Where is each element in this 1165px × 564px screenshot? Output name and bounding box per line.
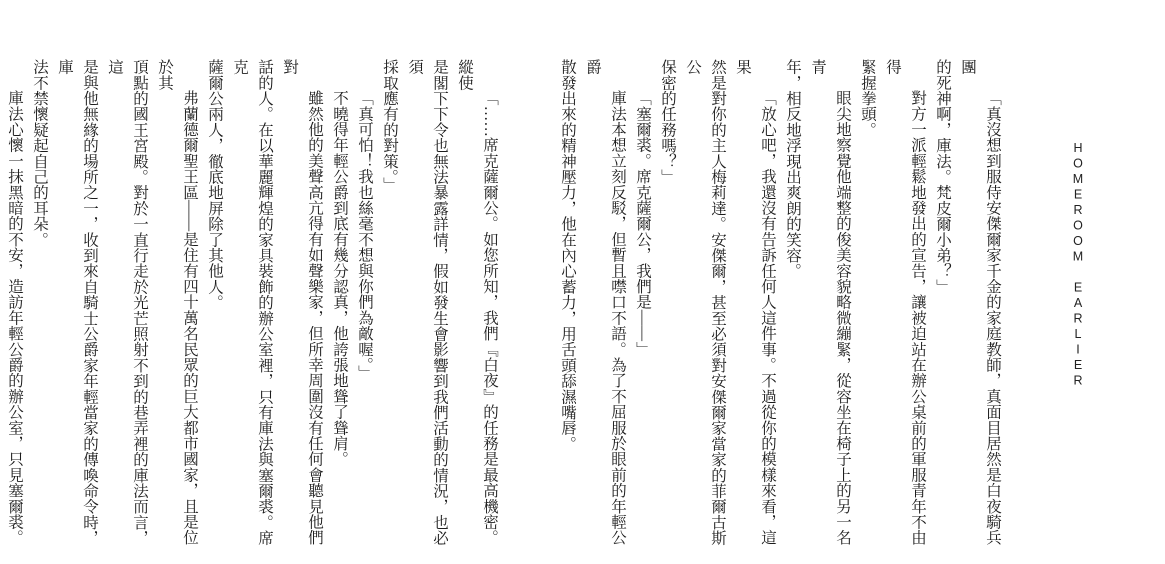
- text-line: 緊握拳頭。: [855, 59, 880, 559]
- text-line: 「放心吧，我還沒有告訴任何人這件事。不過從你的模樣來看，這果: [730, 59, 780, 559]
- page-right-text: 「真沒想到服侍安傑爾家千金的家庭教師，真面目居然是白夜騎兵團的死神啊，庫法。梵皮…: [555, 59, 1005, 559]
- text-line: 是與他無緣的場所之一，收到來自騎士公爵家年輕當家的傳喚命令時，庫: [52, 59, 102, 559]
- text-line: 法不禁懷疑起自己的耳朵。: [27, 59, 52, 559]
- page-left-text: 「……席克薩爾公。如您所知，我們『白夜』的任務是最高機密。縱使是閣下下令也無法暴…: [0, 59, 502, 559]
- text-line: 是閣下下令也無法暴露詳情，假如發生會影響到我們活動的情況，也必須: [402, 59, 452, 559]
- text-line: 年，相反地浮現出爽朗的笑容。: [780, 59, 805, 559]
- text-line: 雖然他的美聲高亢得有如聲樂家，但所幸周圍沒有任何會聽見他們對: [277, 59, 327, 559]
- text-line: 薩爾公兩人，徹底地屏除了其他人。: [202, 59, 227, 559]
- text-line: 「真可怕！我也絲毫不想與你們為敵喔。」: [352, 59, 377, 559]
- book-spread: HOMEROOM EARLIER 「真沒想到服侍安傑爾家千金的家庭教師，真面目居…: [0, 0, 1165, 564]
- text-line: 庫法本想立刻反駁，但暫且噤口不語。為了不屈服於眼前的年輕公爵: [580, 59, 630, 559]
- text-line: 散發出來的精神壓力，他在內心蓄力，用舌頭舔濕嘴唇。: [555, 59, 580, 559]
- text-line: 「……席克薩爾公。如您所知，我們『白夜』的任務是最高機密。縱使: [452, 59, 502, 559]
- text-line: 「塞爾裘。席克薩爾公，我們是——」: [630, 59, 655, 559]
- text-line: 話的人。在以華麗輝煌的家具裝飾的辦公室裡，只有庫法與塞爾裘。席克: [227, 59, 277, 559]
- text-line: 頂點的國王宮殿。對於一直行走於光芒照射不到的巷弄裡的庫法而言，這: [102, 59, 152, 559]
- text-line: 然是對你的主人梅莉達。安傑爾，甚至必須對安傑爾家當家的菲爾古斯公: [680, 59, 730, 559]
- text-line: 眼尖地察覺他端整的俊美容貌略微繃緊，從容坐在椅子上的另一名青: [805, 59, 855, 559]
- text-line: 採取應有的對策。」: [377, 59, 402, 559]
- text-line: 弗蘭德爾聖王區——是住有四十萬名民眾的巨大都市國家，且是位於其: [152, 59, 202, 559]
- text-line: 對方一派輕鬆地發出的宣告，讓被迫站在辦公桌前的軍服青年不由得: [880, 59, 930, 559]
- text-line: 保密的任務嗎？」: [655, 59, 680, 559]
- text-line: 「真沒想到服侍安傑爾家千金的家庭教師，真面目居然是白夜騎兵團: [955, 59, 1005, 559]
- chapter-title-vertical: HOMEROOM EARLIER: [1071, 141, 1085, 389]
- text-line: 不曉得年輕公爵到底有幾分認真，他誇張地聳了聳肩。: [327, 59, 352, 559]
- text-line: 庫法心懷一抹黑暗的不安，造訪年輕公爵的辦公室，只見塞爾裘。席: [0, 59, 27, 559]
- text-line: 的死神啊，庫法。梵皮爾小弟？」: [930, 59, 955, 559]
